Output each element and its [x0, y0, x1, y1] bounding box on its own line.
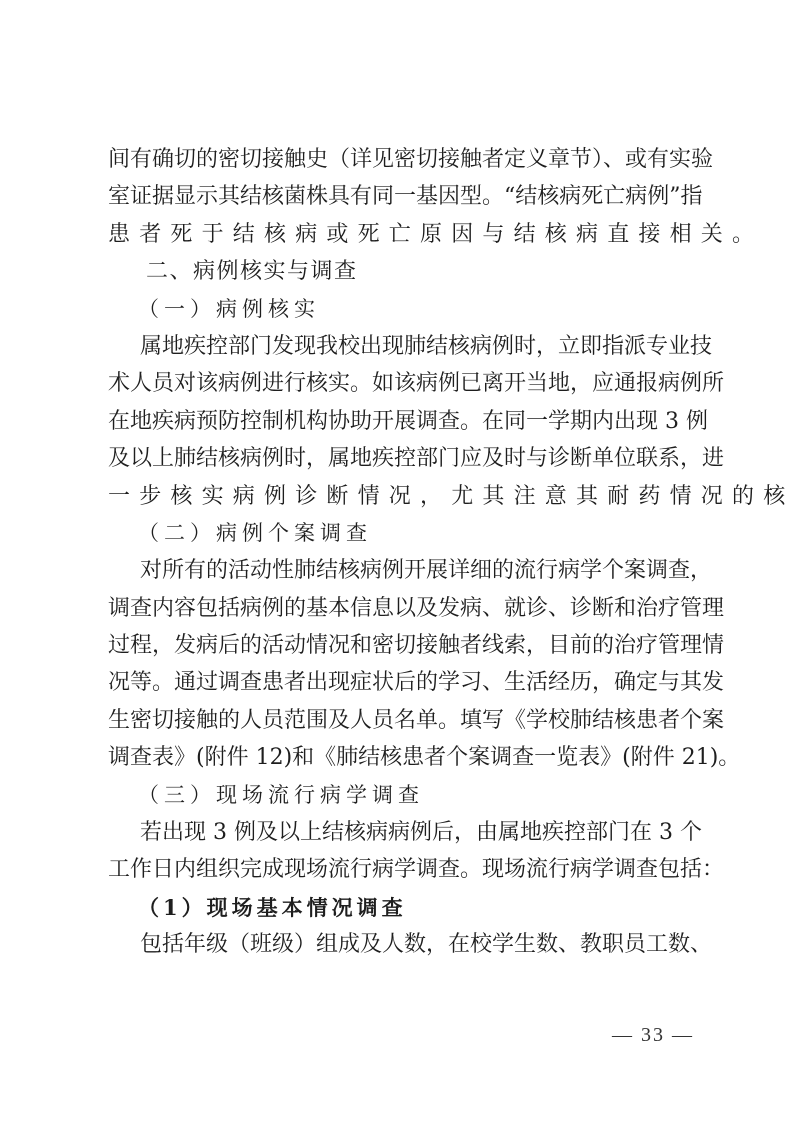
body-line: 对所有的活动性肺结核病例开展详细的流行病学个案调查，	[108, 552, 692, 589]
item-heading: （1）现场基本情况调查	[108, 889, 692, 926]
body-line: 间有确切的密切接触史（详见密切接触者定义章节）、或有实验	[108, 141, 692, 178]
body-line: 若出现 3 例及以上结核病病例后，由属地疾控部门在 3 个	[108, 814, 692, 851]
body-line: 调查表》(附件 12)和《肺结核患者个案调查一览表》(附件 21)。	[108, 739, 692, 776]
subsection-heading: （一）病例核实	[108, 291, 692, 328]
page-number: — 33 —	[612, 1024, 694, 1047]
body-line: 包括年级（班级）组成及人数，在校学生数、教职员工数、	[108, 926, 692, 963]
body-line: 生密切接触的人员范围及人员名单。填写《学校肺结核患者个案	[108, 702, 692, 739]
body-line: 工作日内组织完成现场流行病学调查。现场流行病学调查包括：	[108, 851, 692, 888]
body-line: 及以上肺结核病例时，属地疾控部门应及时与诊断单位联系，进	[108, 440, 692, 477]
body-line: 一步核实病例诊断情况，尤其注意其耐药情况的核实。	[108, 478, 692, 515]
subsection-heading: （二）病例个案调查	[108, 515, 692, 552]
body-line: 属地疾控部门发现我校出现肺结核病例时，立即指派专业技	[108, 328, 692, 365]
body-line: 调查内容包括病例的基本信息以及发病、就诊、诊断和治疗管理	[108, 590, 692, 627]
body-line: 况等。通过调查患者出现症状后的学习、生活经历，确定与其发	[108, 664, 692, 701]
body-line: 患者死于结核病或死亡原因与结核病直接相关。	[108, 216, 692, 253]
body-line: 术人员对该病例进行核实。如该病例已离开当地，应通报病例所	[108, 365, 692, 402]
body-line: 过程，发病后的活动情况和密切接触者线索，目前的治疗管理情	[108, 627, 692, 664]
body-line: 在地疾病预防控制机构协助开展调查。在同一学期内出现 3 例	[108, 403, 692, 440]
document-page: 间有确切的密切接触史（详见密切接触者定义章节）、或有实验 室证据显示其结核菌株具…	[108, 141, 692, 964]
subsection-heading: （三）现场流行病学调查	[108, 777, 692, 814]
body-line: 室证据显示其结核菌株具有同一基因型。“结核病死亡病例”指	[108, 178, 692, 215]
section-heading: 二、病例核实与调查	[108, 253, 692, 290]
